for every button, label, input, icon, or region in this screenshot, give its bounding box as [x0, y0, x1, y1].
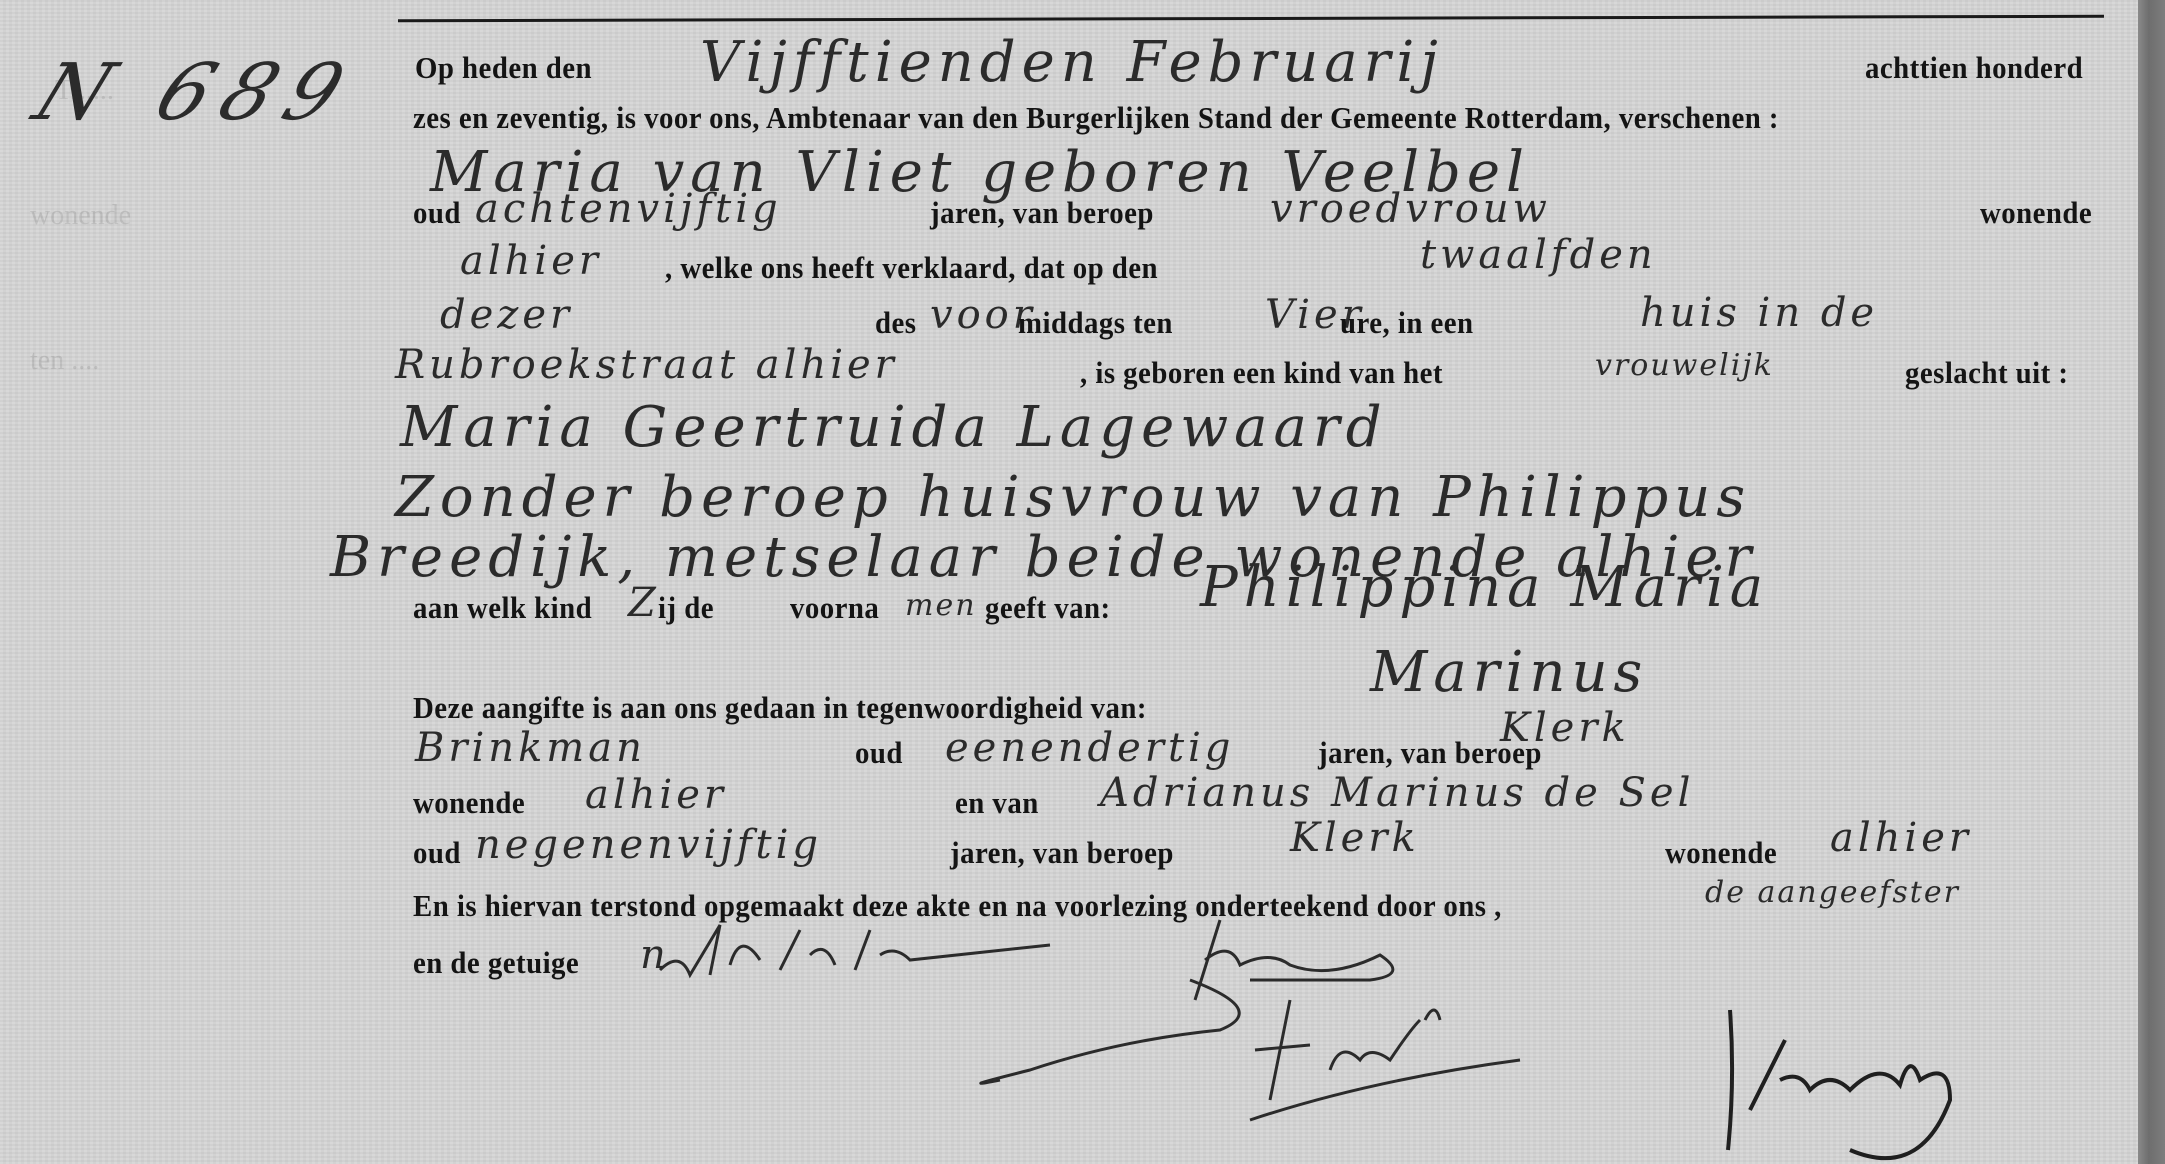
printed-text: oud: [855, 735, 903, 771]
handwritten-month-ref: dezer: [440, 292, 573, 338]
handwritten-residence: alhier: [460, 238, 602, 284]
signature-de-sel: [1250, 990, 1650, 1120]
handwritten-witness1-surname: Brinkman: [415, 725, 646, 771]
handwritten-insert: men: [905, 588, 977, 623]
document-page: Tr..... wonende ten .... N 689 Op heden …: [0, 0, 2140, 1164]
printed-text: jaren, van beroep: [950, 835, 1174, 871]
printed-text: en de getuige: [413, 945, 579, 981]
handwritten-day: twaalfden: [1420, 232, 1657, 278]
printed-text: zes en zeventig, is voor ons, Ambtenaar …: [413, 100, 1779, 136]
scan-edge-border: [2138, 0, 2165, 1164]
handwritten-street: Rubroekstraat alhier: [395, 342, 898, 388]
handwritten-mother-name: Maria Geertruida Lagewaard: [400, 395, 1388, 460]
printed-text: , is geboren een kind van het: [1080, 355, 1443, 391]
handwritten-witness2-age: negenenvijftig: [475, 822, 822, 868]
printed-text: ij de: [658, 590, 714, 626]
handwritten-witness1-profession: Klerk: [1500, 705, 1630, 751]
printed-text: achttien honderd: [1865, 50, 2083, 86]
handwritten-place: huis in de: [1640, 290, 1878, 336]
handwritten-witness1-age: eenendertig: [945, 725, 1234, 771]
printed-text: ure, in een: [1340, 305, 1474, 341]
bleed-through-text: wonende: [30, 200, 131, 232]
record-number: N 689: [22, 48, 370, 138]
printed-text: En is hiervan terstond opgemaakt deze ak…: [413, 888, 1502, 924]
handwritten-sex: vrouwelijk: [1595, 348, 1774, 383]
printed-text: wonende: [1980, 195, 2092, 231]
printed-text: oud: [413, 835, 461, 871]
handwritten-child-name: Philippina Maria: [1200, 555, 1769, 620]
printed-text: oud: [413, 195, 461, 231]
handwritten-witness2-profession: Klerk: [1290, 815, 1420, 861]
handwritten-mother-details: Zonder beroep huisvrouw van Philippus: [395, 465, 1751, 530]
bleed-through-text: ten ....: [30, 345, 99, 377]
handwritten-aangeefster: de aangeefster: [1705, 875, 1960, 910]
handwritten-witness1-firstname: Marinus: [1370, 640, 1648, 705]
printed-text: wonende: [413, 785, 525, 821]
signature-vening: [1710, 1000, 2130, 1164]
printed-text: Op heden den: [415, 50, 592, 86]
printed-text: jaren, van beroep: [930, 195, 1154, 231]
handwritten-correction: Z: [628, 580, 660, 626]
handwritten-profession: vroedvrouw: [1270, 186, 1551, 232]
handwritten-date: Vijfftienden Februarij: [700, 30, 1444, 95]
printed-text: en van: [955, 785, 1039, 821]
top-rule-line: [398, 15, 2104, 22]
printed-text: , welke ons heeft verklaard, dat op den: [665, 250, 1158, 286]
printed-text: des: [875, 305, 916, 341]
printed-text: Deze aangifte is aan ons gedaan in tegen…: [413, 690, 1147, 726]
printed-text: geslacht uit :: [1905, 355, 2068, 391]
handwritten-age: achtenvijftig: [475, 186, 782, 232]
handwritten-witness2-name: Adrianus Marinus de Sel: [1100, 770, 1694, 816]
printed-text: voorna: [790, 590, 879, 626]
printed-text: aan welk kind: [413, 590, 592, 626]
printed-text: wonende: [1665, 835, 1777, 871]
handwritten-witness1-residence: alhier: [585, 772, 727, 818]
handwritten-witness2-residence: alhier: [1830, 815, 1972, 861]
printed-text: middags ten: [1018, 305, 1173, 341]
printed-text: geeft van:: [985, 590, 1111, 626]
